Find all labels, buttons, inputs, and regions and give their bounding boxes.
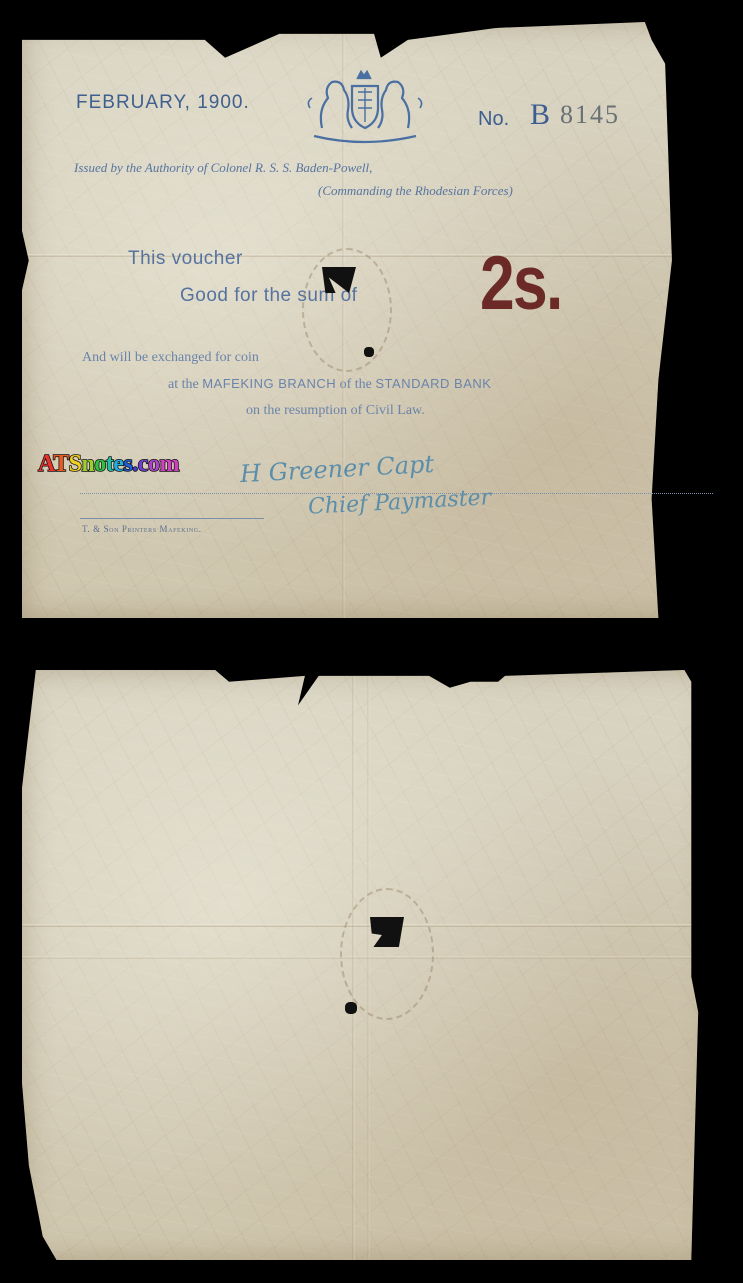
watermark-letter: e [113,451,123,477]
denomination: 2s. [480,240,562,327]
watermark-letter: o [94,451,106,477]
embossed-stamp [302,248,392,372]
watermark-letter: n [81,451,94,477]
bank-name: STANDARD BANK [375,376,491,391]
watermark-letter: o [148,451,160,477]
watermark-letter: s [123,451,132,477]
exchange-text: at the [168,377,199,392]
exchange-text: of the [340,377,372,392]
voucher-line-1: This voucher [128,248,243,270]
watermark-letter: A [38,451,53,477]
printer-imprint: T. & Son Printers Mafeking. [82,524,202,534]
serial-number: 8145 [560,100,620,130]
issue-date: FEBRUARY, 1900. [76,92,250,114]
branch-name: MAFEKING BRANCH [202,376,336,391]
atsnotes-watermark-logo: ATSnotes.com [38,451,179,478]
exchange-line-2: at the MAFEKING BRANCH of the STANDARD B… [168,376,491,393]
serial-label: No. [478,108,509,131]
punch-hole [364,347,374,357]
authority-line: Issued by the Authority of Colonel R. S.… [74,160,372,176]
watermark-letter: T [53,451,69,477]
exchange-line-3: on the resumption of Civil Law. [246,403,425,419]
exchange-line-1: And will be exchanged for coin [82,350,259,366]
embossed-stamp-reverse [340,888,434,1020]
watermark-letter: S [69,451,82,477]
watermark-letter: c [138,451,148,477]
punch-hole [345,1002,357,1014]
royal-coat-of-arms-icon [300,66,430,146]
command-line: (Commanding the Rhodesian Forces) [318,183,513,199]
watermark-letter: m [159,451,179,477]
serial-prefix: B [530,98,550,132]
printer-rule [80,518,264,519]
